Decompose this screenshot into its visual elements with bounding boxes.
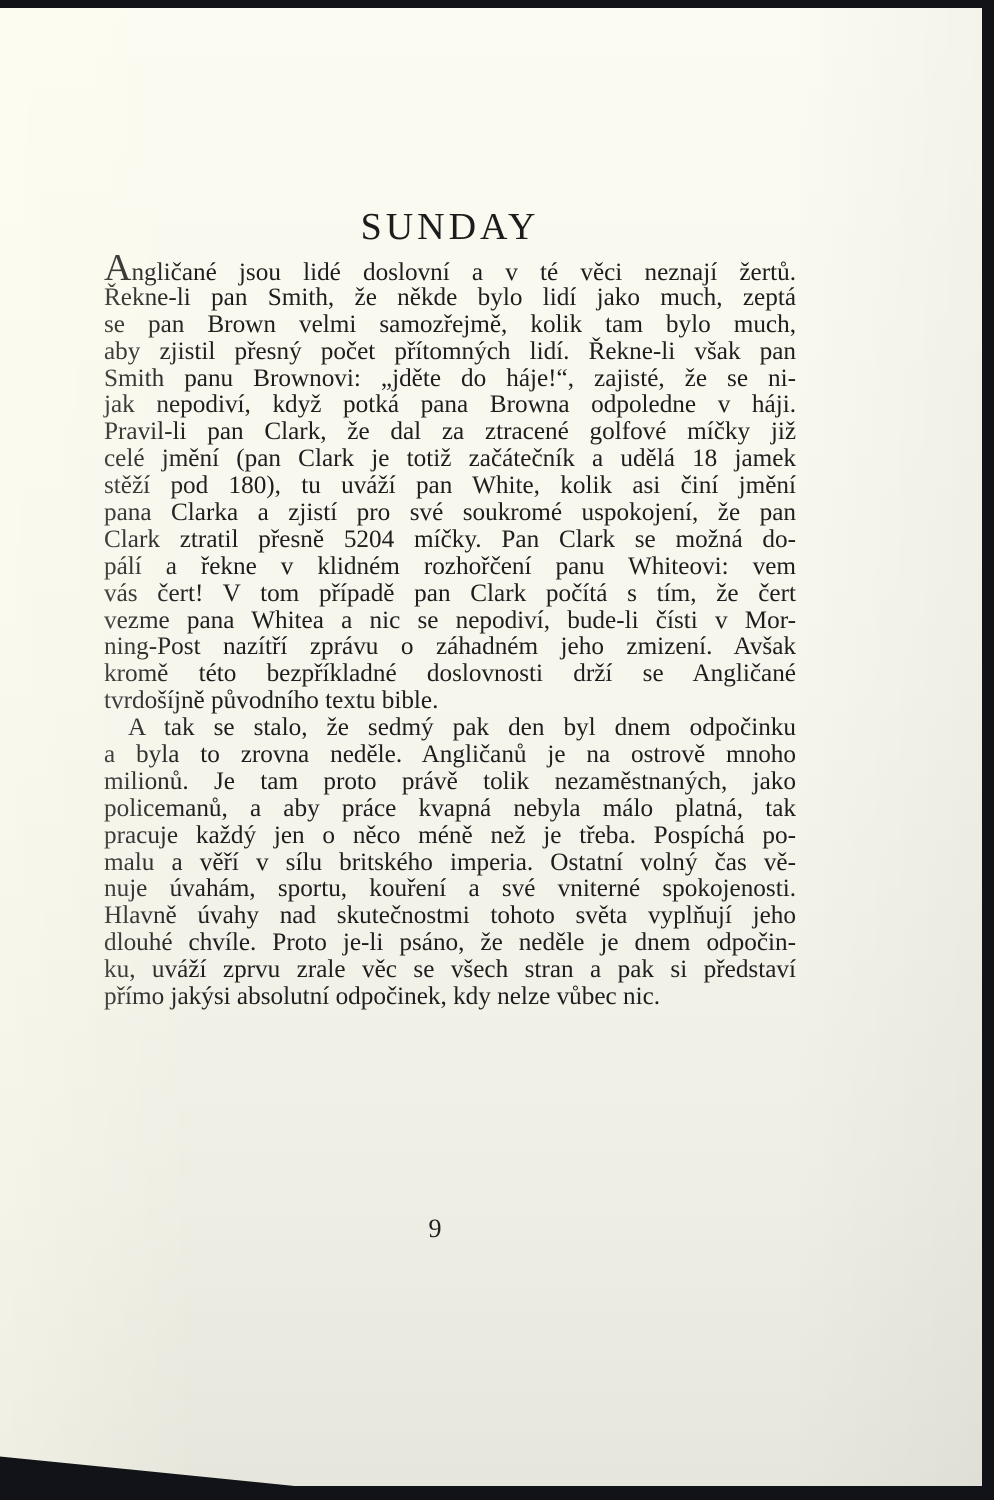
text-line: Pravil-li pan Clark, že dal za ztracené … (104, 419, 796, 446)
text-line: policemanů, a aby práce kvapná nebyla má… (104, 796, 796, 823)
text-line: kromě této bezpříkladné doslovnosti drží… (104, 661, 796, 688)
text-line: a byla to zrovna neděle. Angličanů je na… (104, 742, 796, 769)
text-line: A tak se stalo, že sedmý pak den byl dne… (104, 715, 796, 742)
paper-page: SUNDAY Angličané jsou lidé doslovní a v … (0, 8, 982, 1486)
text-line: nuje úvahám, sportu, kouření a své vnite… (104, 876, 796, 903)
text-line: tvrdošíjně původního textu bible. (104, 688, 796, 715)
text-line: pálí a řekne v klidném rozhořčení panu W… (104, 554, 796, 581)
text-line: dlouhé chvíle. Proto je-li psáno, že ned… (104, 930, 796, 957)
text-line: malu a věří v sílu britského imperia. Os… (104, 850, 796, 877)
text-line: pracuje každý jen o něco méně než je tře… (104, 823, 796, 850)
drop-cap: A (104, 247, 131, 289)
text-line: vás čert! V tom případě pan Clark počítá… (104, 581, 796, 608)
text-line: vezme pana Whitea a nic se nepodiví, bud… (104, 608, 796, 635)
text-line: jak nepodiví, když potká pana Browna odp… (104, 392, 796, 419)
text-line: přímo jakýsi absolutní odpočinek, kdy ne… (104, 984, 796, 1011)
text-line: pana Clarka a zjistí pro své soukromé us… (104, 500, 796, 527)
text-line: ning-Post nazítří zprávu o záhadném jeho… (104, 634, 796, 661)
scanned-book-page: SUNDAY Angličané jsou lidé doslovní a v … (0, 0, 994, 1500)
chapter-title: SUNDAY (0, 205, 900, 249)
text-line: se pan Brown velmi samozřejmě, kolik tam… (104, 312, 796, 339)
text-line: milionů. Je tam proto právě tolik nezamě… (104, 769, 796, 796)
text-line: celé jmění (pan Clark je totiž začáteční… (104, 446, 796, 473)
text-line: aby zjistil přesný počet přítomných lidí… (104, 339, 796, 366)
paragraph-1: Angličané jsou lidé doslovní a v té věci… (104, 258, 796, 715)
body-text: Angličané jsou lidé doslovní a v té věci… (104, 258, 796, 1011)
text-line: Řekne-li pan Smith, že někde bylo lidí j… (104, 285, 796, 312)
paragraph-2: A tak se stalo, že sedmý pak den byl dne… (104, 715, 796, 1011)
text-line: Clark ztratil přesně 5204 míčky. Pan Cla… (104, 527, 796, 554)
text-line: stěží pod 180), tu uváží pan White, koli… (104, 473, 796, 500)
text-line: Smith panu Brownovi: „jděte do háje!“, z… (104, 366, 796, 393)
text-line: ku, uváží zprvu zrale věc se všech stran… (104, 957, 796, 984)
page-number: 9 (0, 1214, 870, 1244)
text-line: Hlavně úvahy nad skutečnostmi tohoto svě… (104, 903, 796, 930)
text-line: Angličané jsou lidé doslovní a v té věci… (104, 258, 796, 285)
